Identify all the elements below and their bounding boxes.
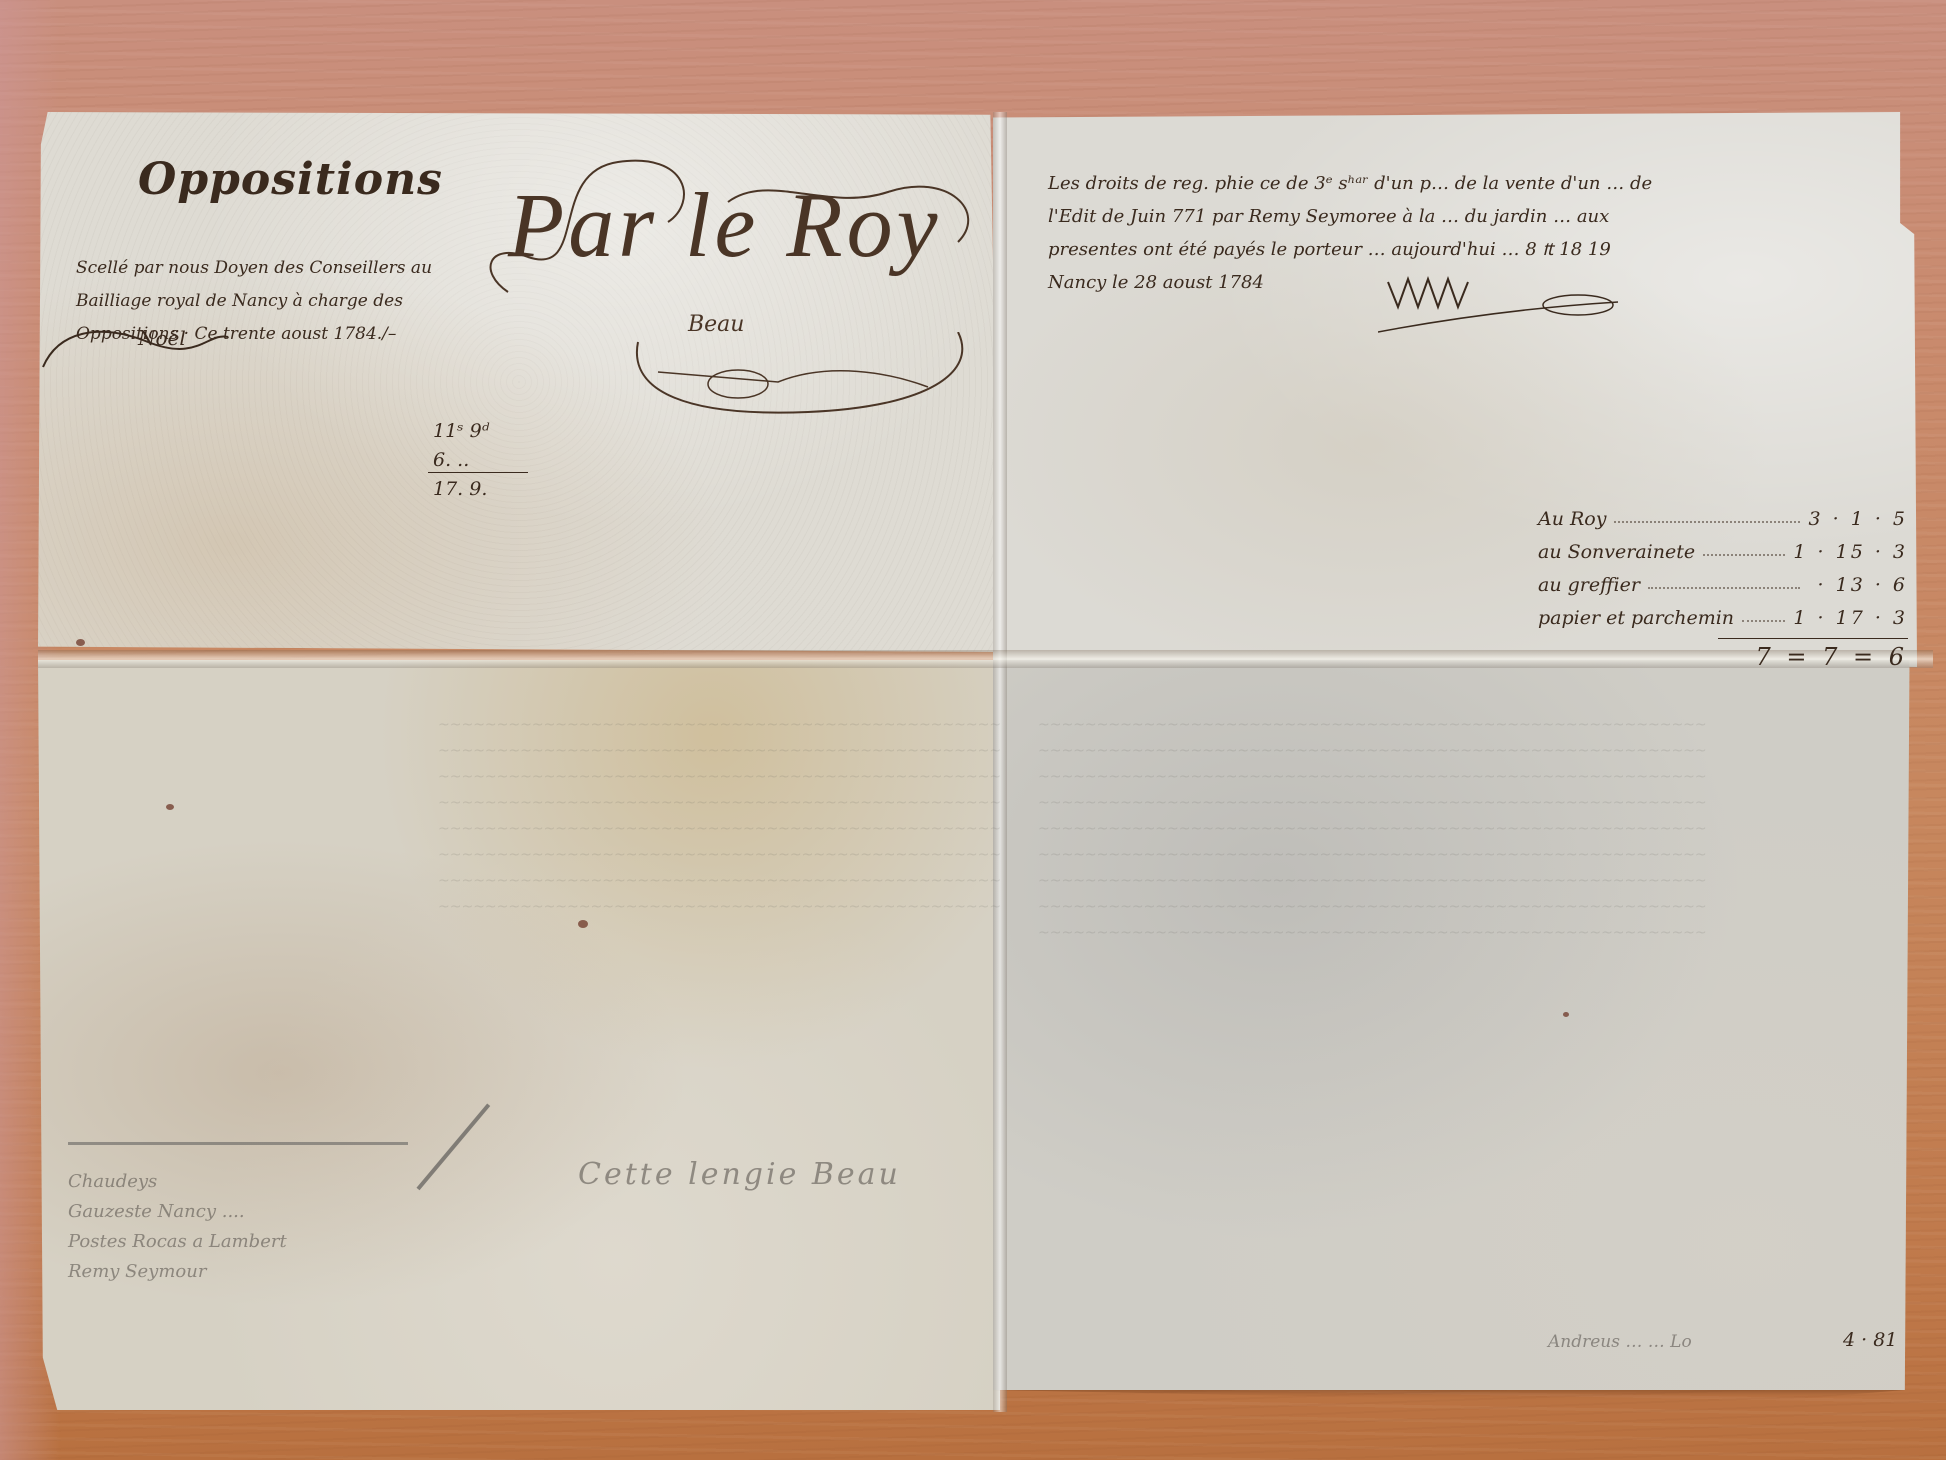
- calc-line: 11ˢ 9ᵈ: [433, 417, 513, 446]
- calculation-block: 11ˢ 9ᵈ 6. .. 17. 9.: [433, 417, 513, 504]
- seal-note-line: Scellé par nous Doyen des Conseillers au: [76, 252, 432, 285]
- faint-center-text: Cette lengie Beau: [578, 1157, 901, 1192]
- fee-row: Au Roy 3 · 1 · 5: [1538, 502, 1908, 535]
- show-through-text-right: ~~~~~~~~~~~~~~~~~~~~~~~~~~~~~~~~~~~~~~~~…: [1038, 712, 1707, 946]
- fee-value: · 13 · 6: [1808, 574, 1908, 596]
- fees-table: Au Roy 3 · 1 · 5 au Sonverainete 1 · 15 …: [1538, 502, 1908, 671]
- faint-names-block: Chaudeys Gauzeste Nancy .... Postes Roca…: [68, 1167, 287, 1287]
- faint-rule-line: [68, 1142, 408, 1145]
- calc-line: 6. ..: [433, 446, 513, 475]
- fee-label: Au Roy: [1538, 508, 1606, 530]
- fee-row: au Sonverainete 1 · 15 · 3: [1538, 535, 1908, 568]
- faint-line: Remy Seymour: [68, 1257, 287, 1287]
- fees-total: 7 = 7 = 6: [1538, 643, 1908, 671]
- faint-line: Postes Rocas a Lambert: [68, 1227, 287, 1257]
- calc-total: 17. 9.: [433, 475, 513, 504]
- fee-value: 1 · 15 · 3: [1793, 541, 1908, 563]
- fee-row: au greffier · 13 · 6: [1538, 568, 1908, 601]
- fee-label: au Sonverainete: [1538, 541, 1695, 563]
- receipt-line: presentes ont été payés le porteur … auj…: [1048, 233, 1652, 266]
- folio-number: 4 · 81: [1843, 1329, 1897, 1351]
- fee-value: 1 · 17 · 3: [1793, 607, 1908, 629]
- leader-dots: [1742, 619, 1785, 622]
- fee-label: au greffier: [1538, 574, 1640, 596]
- ink-stain: [166, 804, 174, 810]
- leader-dots: [1703, 553, 1785, 556]
- calc-underline: [428, 472, 528, 473]
- receipt-line: Les droits de reg. phie ce de 3ᵉ sʰᵃʳ d'…: [1048, 167, 1652, 200]
- leader-dots: [1648, 586, 1800, 589]
- fee-label: papier et parchemin: [1538, 607, 1734, 629]
- fees-total-rule: [1718, 638, 1908, 639]
- ink-stain: [578, 920, 588, 928]
- ink-stain: [76, 639, 85, 646]
- parchment-document: ~~~~~~~~~~~~~~~~~~~~~~~~~~~~~~~~~~~~~~~~…: [38, 112, 1933, 1412]
- faint-footer-text: Andreus … … Lo: [1548, 1332, 1692, 1352]
- show-through-text-left: ~~~~~~~~~~~~~~~~~~~~~~~~~~~~~~~~~~~~~~~~…: [438, 712, 1001, 920]
- ink-stain: [1563, 1012, 1569, 1017]
- paraph-flourish-icon: [628, 332, 988, 422]
- flourish-icon: [38, 312, 238, 372]
- signature-loop-icon: [468, 152, 1008, 312]
- faint-line: Gauzeste Nancy ....: [68, 1197, 287, 1227]
- receipt-line: l'Edit de Juin 771 par Remy Seymoree à l…: [1048, 200, 1652, 233]
- leader-dots: [1614, 520, 1800, 523]
- receipt-paraph-icon: [1378, 267, 1628, 337]
- fee-value: 3 · 1 · 5: [1808, 508, 1908, 530]
- fee-row: papier et parchemin 1 · 17 · 3: [1538, 601, 1908, 634]
- oppositions-heading: Oppositions: [138, 154, 443, 205]
- faint-line: Chaudeys: [68, 1167, 287, 1197]
